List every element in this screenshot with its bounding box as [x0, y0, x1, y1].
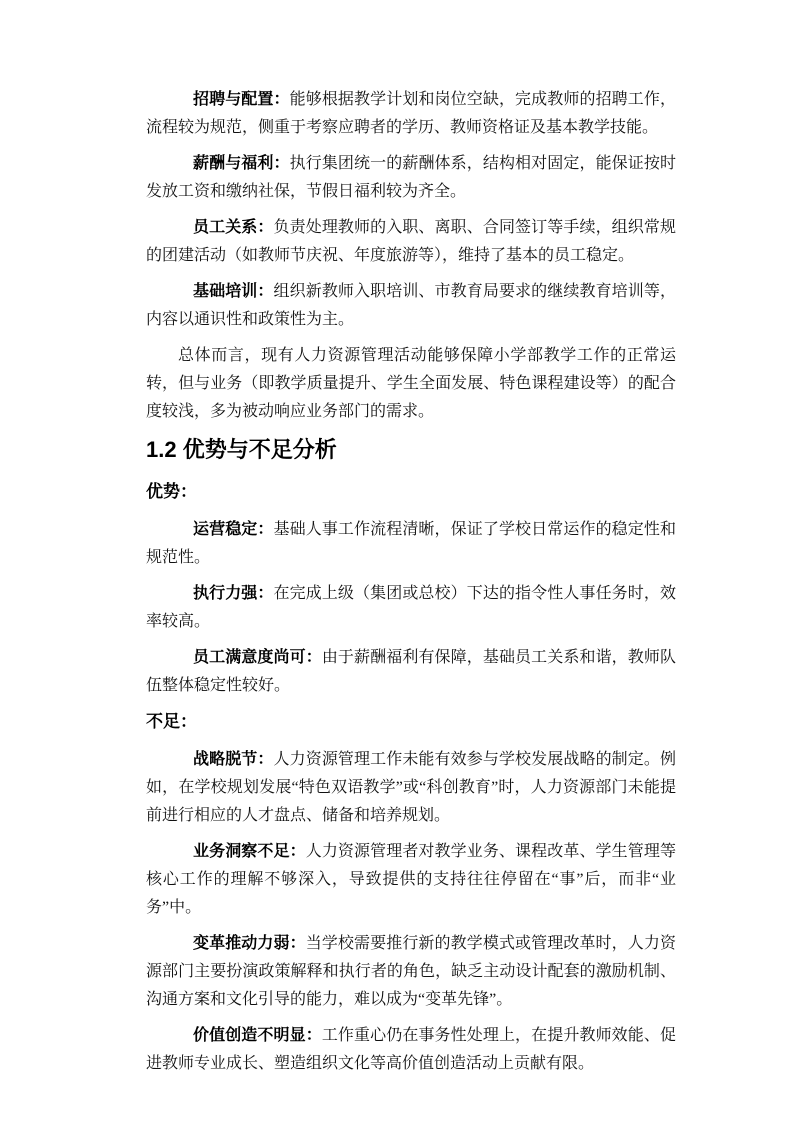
paragraph: 基础培训：组织新教师入职培训、市教育局要求的继续教育培训等，内容以通识性和政策性… — [146, 278, 676, 334]
paragraph: 招聘与配置：能够根据教学计划和岗位空缺，完成教师的招聘工作，流程较为规范，侧重于… — [146, 86, 676, 142]
paragraph-lead-label: 薪酬与福利： — [193, 155, 290, 172]
paragraph-lead-label: 执行力强： — [193, 585, 274, 602]
paragraph: 价值创造不明显：工作重心仍在事务性处理上，在提升教师效能、促进教师专业成长、塑造… — [146, 1022, 676, 1078]
paragraph-lead-label: 员工关系： — [193, 219, 274, 236]
document-page: 招聘与配置：能够根据教学计划和岗位空缺，完成教师的招聘工作，流程较为规范，侧重于… — [0, 0, 793, 1122]
document-content: 招聘与配置：能够根据教学计划和岗位空缺，完成教师的招聘工作，流程较为规范，侧重于… — [146, 86, 676, 1086]
paragraph: 员工满意度尚可：由于薪酬福利有保障，基础员工关系和谐，教师队伍整体稳定性较好。 — [146, 644, 676, 700]
paragraph-lead-label: 员工满意度尚可： — [193, 649, 322, 666]
paragraph: 变革推动力弱：当学校需要推行新的教学模式或管理改革时，人力资源部门主要扮演政策解… — [146, 930, 676, 1014]
paragraph-lead-label: 运营稳定： — [193, 521, 274, 538]
paragraph-lead-label: 招聘与配置： — [193, 91, 290, 108]
subsection-label: 优势： — [146, 478, 676, 506]
section-heading: 1.2 优势与不足分析 — [146, 434, 676, 466]
paragraph: 员工关系：负责处理教师的入职、离职、合同签订等手续，组织常规的团建活动（如教师节… — [146, 214, 676, 270]
paragraph: 总体而言，现有人力资源管理活动能够保障小学部教学工作的正常运转，但与业务（即教学… — [146, 342, 676, 426]
subsection-label: 不足： — [146, 708, 676, 736]
paragraph: 运营稳定：基础人事工作流程清晰，保证了学校日常运作的稳定性和规范性。 — [146, 516, 676, 572]
paragraph-lead-label: 战略脱节： — [193, 751, 274, 768]
paragraph: 执行力强：在完成上级（集团或总校）下达的指令性人事任务时，效率较高。 — [146, 580, 676, 636]
paragraph: 业务洞察不足：人力资源管理者对教学业务、课程改革、学生管理等核心工作的理解不够深… — [146, 838, 676, 922]
paragraph: 战略脱节：人力资源管理工作未能有效参与学校发展战略的制定。例如，在学校规划发展“… — [146, 746, 676, 830]
paragraph: 薪酬与福利：执行集团统一的薪酬体系，结构相对固定，能保证按时发放工资和缴纳社保，… — [146, 150, 676, 206]
paragraph-lead-label: 变革推动力弱： — [193, 935, 306, 952]
paragraph-lead-label: 业务洞察不足： — [193, 843, 306, 860]
paragraph-lead-label: 价值创造不明显： — [193, 1027, 322, 1044]
paragraph-lead-label: 基础培训： — [193, 283, 274, 300]
